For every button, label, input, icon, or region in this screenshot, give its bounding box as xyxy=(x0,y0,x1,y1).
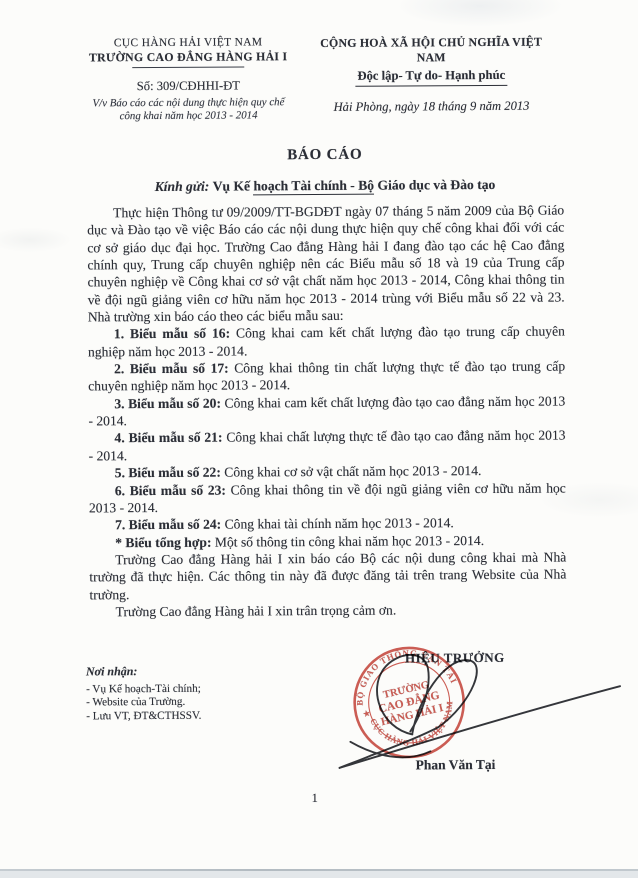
school-name-rule xyxy=(132,66,244,68)
form-item-label: 3. Biểu mẫu số 20: xyxy=(114,395,221,411)
scanned-document: CỤC HÀNG HẢI VIỆT NAM TRƯỜNG CAO ĐẲNG HÀ… xyxy=(0,0,638,878)
form-list-item: 3. Biểu mẫu số 20: Công khai cam kết chấ… xyxy=(88,392,565,430)
country-name: CỘNG HOÀ XÃ HỘI CHỦ NGHĨA VIỆT NAM xyxy=(308,35,554,67)
salutation: Kính gửi: Vụ Kế hoạch Tài chính - Bộ Giá… xyxy=(87,177,563,196)
scanner-bottom-margin xyxy=(0,871,638,878)
document-subject: V/v Báo cáo các nội dung thực hiện quy c… xyxy=(60,96,316,124)
page-number: 1 xyxy=(3,789,627,808)
recipient-item: - Website của Trường. xyxy=(86,696,201,710)
form-item-label: 5. Biểu mẫu số 22: xyxy=(115,465,221,481)
parent-org-name: CỤC HÀNG HẢI VIỆT NAM xyxy=(60,36,316,50)
document-body: Thực hiện Thông tư 09/2009/TT-BGDĐT ngày… xyxy=(87,202,567,621)
paragraph-intro: Thực hiện Thông tư 09/2009/TT-BGDĐT ngày… xyxy=(87,202,565,326)
document-number: Số: 309/CĐHHI-ĐT xyxy=(60,78,316,95)
paragraph-thanks: Trường Cao đẳng Hàng hải I xin trân trọn… xyxy=(90,600,567,620)
paragraph-report: Trường Cao đẳng Hàng hải I xin báo cáo B… xyxy=(89,548,566,603)
national-motto: Độc lập- Tự do- Hạnh phúc xyxy=(355,67,507,87)
form-item-label: * Biểu tổng hợp: xyxy=(115,534,211,550)
form-item-label: 4. Biểu mẫu số 21: xyxy=(114,430,222,446)
subject-line-1: V/v Báo cáo các nội dung thực hiện quy c… xyxy=(60,96,316,111)
form-item-label: 2. Biểu mẫu số 17: xyxy=(114,361,229,377)
form-list-item: 1. Biểu mẫu số 16: Công khai cam kết chấ… xyxy=(88,323,565,361)
salutation-label: Kính gửi: xyxy=(155,179,210,194)
national-header-block: CỘNG HOÀ XÃ HỘI CHỦ NGHĨA VIỆT NAM Độc l… xyxy=(308,35,554,116)
form-list-item: 4. Biểu mẫu số 21: Công khai chất lượng … xyxy=(88,427,565,465)
salutation-recipient-post: Giáo dục và Đào tạo xyxy=(374,177,495,193)
form-item-label: 7. Biểu mẫu số 24: xyxy=(115,517,221,533)
recipient-item: - Lưu VT, ĐT&CTHSSV. xyxy=(86,710,201,724)
handwritten-signature xyxy=(322,630,633,782)
document-title: BÁO CÁO xyxy=(87,146,563,166)
form-item-label: 6. Biểu mẫu số 23: xyxy=(115,482,226,498)
form-list: 1. Biểu mẫu số 16: Công khai cam kết chấ… xyxy=(88,323,566,551)
salutation-recipient-pre: Vụ Kế xyxy=(213,178,254,193)
form-item-text: Một số thông tin công khai năm học 2013 … xyxy=(211,533,484,550)
school-name: TRƯỜNG CAO ĐẲNG HÀNG HẢI I xyxy=(60,49,316,66)
form-item-text: Công khai cơ sở vật chất năm học 2013 - … xyxy=(221,463,482,480)
issuing-org-block: CỤC HÀNG HẢI VIỆT NAM TRƯỜNG CAO ĐẲNG HÀ… xyxy=(60,36,317,124)
recipients-title: Nơi nhận: xyxy=(86,665,201,679)
form-list-item: 6. Biểu mẫu số 23: Công khai thông tin v… xyxy=(89,479,566,517)
recipient-item: - Vụ Kế hoạch-Tài chính; xyxy=(86,682,201,696)
form-list-item: 2. Biểu mẫu số 17: Công khai thông tin c… xyxy=(88,358,565,396)
recipients-block: Nơi nhận: - Vụ Kế hoạch-Tài chính; - Web… xyxy=(86,665,202,724)
salutation-recipient-underlined: hoạch Tài chính - Bộ xyxy=(253,178,374,196)
subject-line-2: công khai năm học 2013 - 2014 xyxy=(61,109,317,124)
place-and-date: Hải Phòng, ngày 18 tháng 9 năm 2013 xyxy=(308,99,554,116)
form-item-label: 1. Biểu mẫu số 16: xyxy=(114,326,230,342)
form-item-text: Công khai tài chính năm học 2013 - 2014. xyxy=(221,515,454,531)
